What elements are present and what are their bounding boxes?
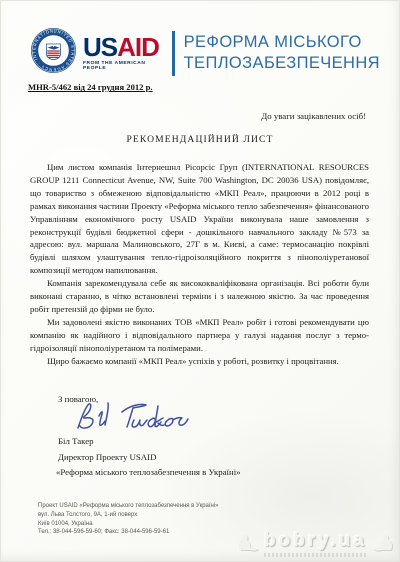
- signatory-name: Біл Такер: [58, 436, 94, 446]
- footer-line-street: вул. Льва Толстого, 9А, 1-ий поверх: [38, 511, 219, 520]
- letter-paragraph: Щиро бажаємо компанії «МКП Реал» успіхів…: [30, 355, 369, 368]
- program-title-line1: РЕФОРМА МІСЬКОГО: [184, 32, 380, 53]
- signatory-role-line1: Директор Проекту USAID: [58, 452, 156, 462]
- usaid-wordmark-aid: AID: [117, 32, 159, 62]
- site-watermark: bobry.ua: [236, 528, 395, 559]
- footer-line-project: Проект USAID «Реформа міського теплозабе…: [38, 502, 219, 511]
- usaid-seal-icon: UNITED STATES AGENCY · INTERNATIONAL DEV: [30, 27, 77, 79]
- watermark-text: bobry.ua: [264, 530, 367, 552]
- usaid-wordmark: USAID FROM THE AMERICAN PEOPLE: [83, 34, 162, 72]
- letter-paragraph: Ми задоволені якістю виконаних ТОВ «МКП …: [30, 316, 369, 355]
- beaver-icon: [369, 528, 395, 559]
- letter-body: Цим листом компанія Інтернешнл Рісорсіс …: [30, 161, 369, 368]
- reference-number: MHR-5/462 від 24 грудня 2012 р.: [28, 82, 153, 92]
- footer-contact-block: Проект USAID «Реформа міського теплозабе…: [38, 502, 219, 537]
- letter-paragraph: Цим листом компанія Інтернешнл Рісорсіс …: [30, 161, 369, 277]
- program-title-line2: ТЕПЛОЗАБЕЗПЕЧЕННЯ: [184, 53, 380, 74]
- attention-line: До уваги зацікавлених осіб!: [261, 111, 366, 121]
- usaid-tagline: FROM THE AMERICAN PEOPLE: [83, 62, 162, 72]
- letter-paragraph: Компанія зарекомендувала себе як високок…: [30, 277, 369, 316]
- handwritten-signature-icon: [72, 398, 192, 439]
- letterhead: UNITED STATES AGENCY · INTERNATIONAL DEV…: [30, 27, 380, 79]
- program-title: РЕФОРМА МІСЬКОГО ТЕПЛОЗАБЕЗПЕЧЕННЯ: [184, 32, 380, 74]
- usaid-wordmark-us: US: [83, 32, 117, 62]
- beaver-icon: [236, 528, 262, 559]
- signatory-role-line2: «Реформа міського теплозабезпечення в Ук…: [56, 467, 241, 477]
- letter-title: РЕКОМЕНДАЦІЙНИЙ ЛИСТ: [0, 134, 400, 145]
- footer-line-phone: Тел.: 38-044-596-59-60; Факс: 38-044-596…: [38, 528, 219, 537]
- letterhead-divider: [172, 31, 175, 76]
- watermark-tagline-strip: [264, 553, 367, 557]
- scanned-letter-page: UNITED STATES AGENCY · INTERNATIONAL DEV…: [0, 0, 400, 562]
- footer-line-city: Київ 01004, Україна: [38, 520, 219, 529]
